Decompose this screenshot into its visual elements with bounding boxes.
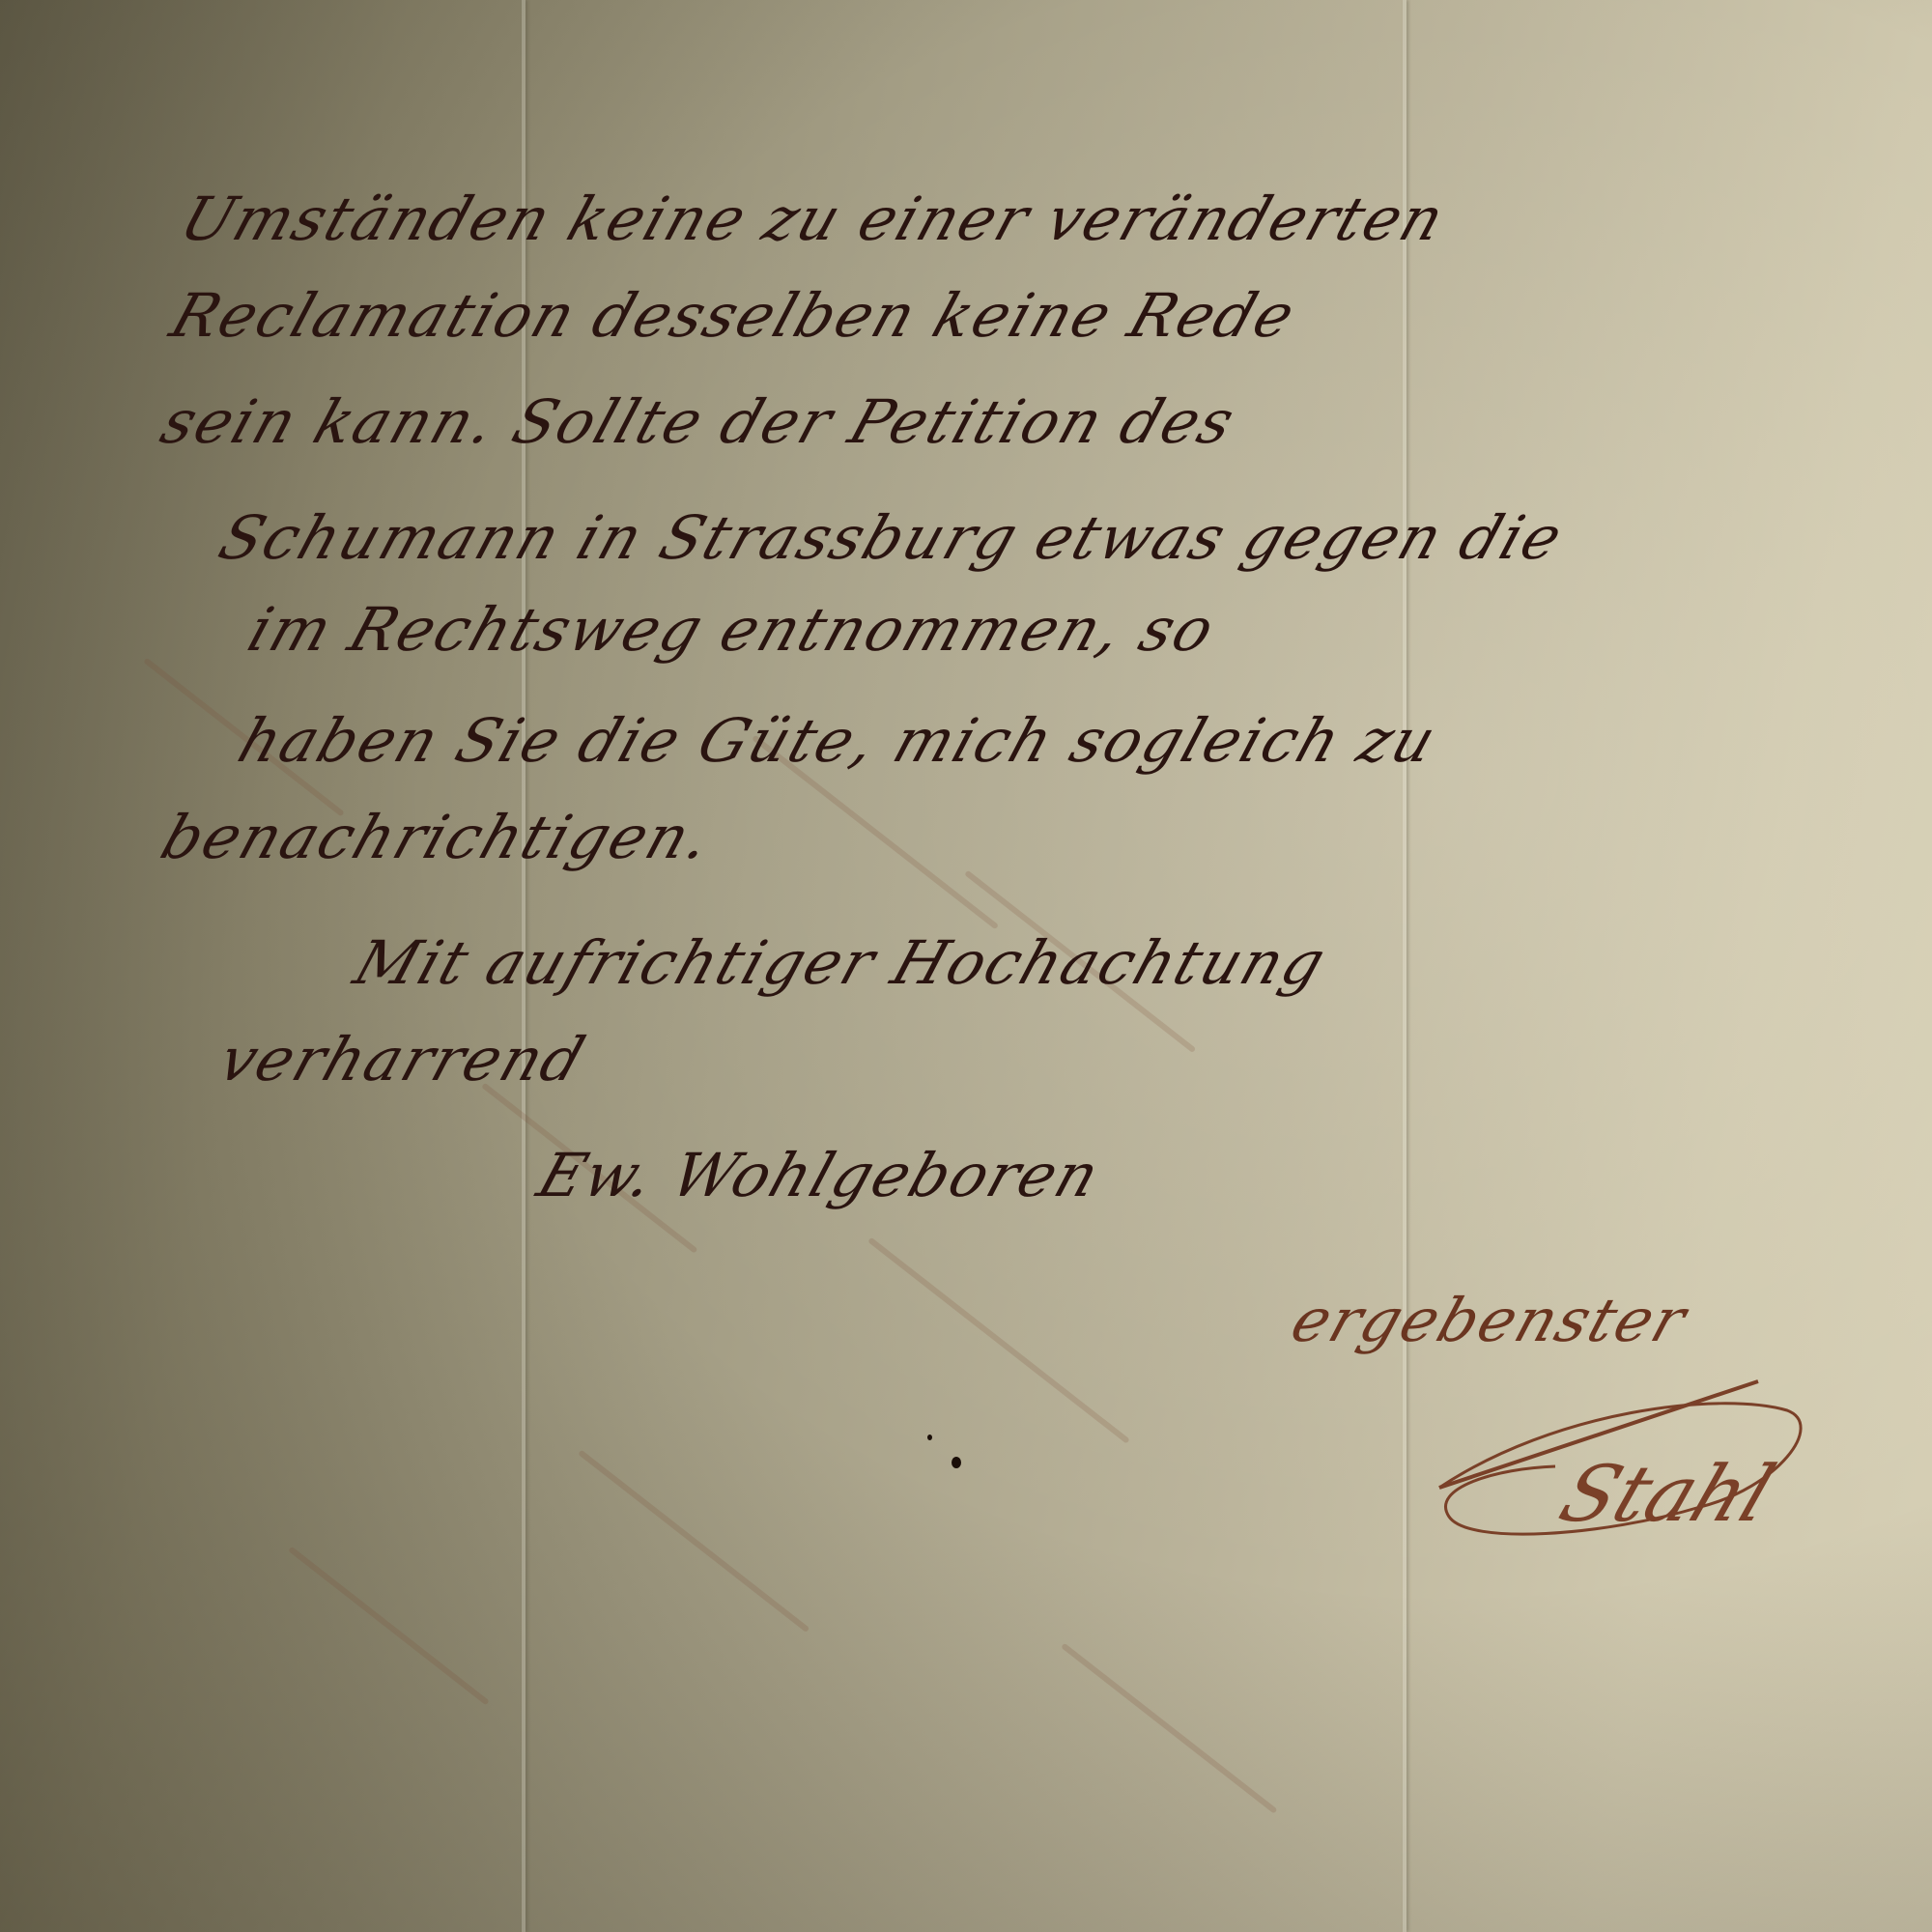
letter-line-5: im Rechtsweg entnommen, so: [240, 594, 1225, 665]
ink-bleedthrough: [578, 1450, 810, 1633]
letter-line-6: haben Sie die Güte, mich sogleich zu: [230, 705, 1446, 776]
letter-line-9: verharrend: [211, 1024, 595, 1094]
letter-line-2: Reclamation desselben keine Rede: [162, 280, 1305, 351]
ink-blot: [952, 1457, 961, 1468]
ink-bleedthrough: [288, 1547, 490, 1706]
signature: Stahl: [1548, 1449, 1786, 1539]
ink-blot: [927, 1435, 932, 1440]
ink-bleedthrough: [1061, 1643, 1277, 1814]
letter-line-11: ergebenster: [1283, 1285, 1696, 1355]
paper-fold-right: [1403, 0, 1406, 1932]
letter-line-8: Mit aufrichtiger Hochachtung: [346, 927, 1335, 998]
letter-line-10: Ew. Wohlgeboren: [529, 1140, 1109, 1210]
ink-bleedthrough: [867, 1237, 1130, 1444]
letter-line-7: benachrichtigen.: [153, 802, 722, 872]
letter-line-3: sein kann. Sollte der Petition des: [153, 386, 1244, 457]
letter-line-1: Umständen keine zu einer veränderten: [172, 184, 1454, 254]
letter-line-4: Schumann in Strassburg etwas gegen die: [211, 502, 1573, 573]
